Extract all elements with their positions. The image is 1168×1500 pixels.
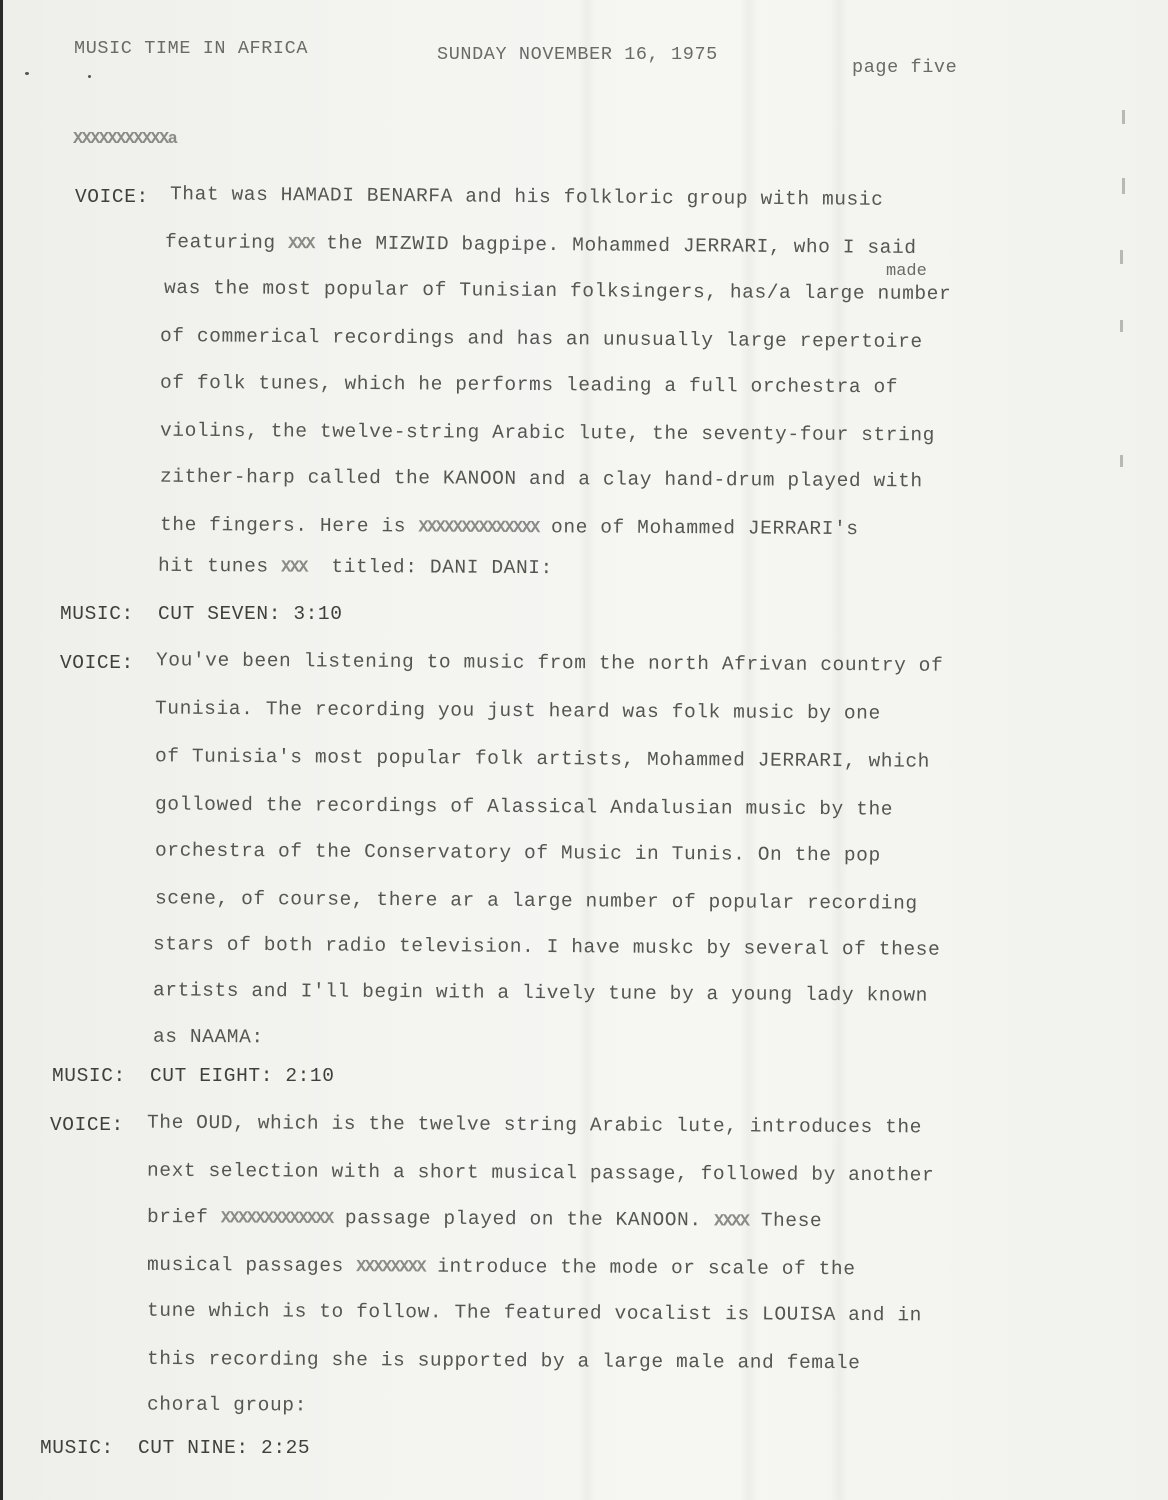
line-text: of Tunisia's most popular folk artists, … [155,745,930,772]
margin-mark [1120,455,1123,467]
line-text: brief [147,1206,221,1228]
script-line: scene, of course, there ar a large numbe… [155,887,918,914]
line-text: stars of both radio television. I have m… [153,933,940,960]
struck-text: XXXXXXXXXXXXX [221,1209,333,1229]
script-line: tune which is to follow. The featured vo… [147,1300,922,1327]
line-text: the MIZWID bagpipe. Mohammed JERRARI, wh… [314,232,917,259]
margin-mark [1122,178,1125,194]
script-line: gollowed the recordings of Alassical And… [155,793,893,820]
line-text: zither-harp called the KANOON and a clay… [160,466,923,493]
margin-mark [1122,110,1125,124]
script-line: this recording she is supported by a lar… [147,1348,861,1374]
script-line: featuring XXX the MIZWID bagpipe. Mohamm… [165,231,917,259]
line-text: as NAAMA: [153,1026,264,1049]
line-text: Tunisia. The recording you just heard wa… [155,697,881,724]
struck-text: XXXXXXXX [356,1258,425,1277]
typewritten-page: MUSIC TIME IN AFRICA SUNDAY NOVEMBER 16,… [0,0,1168,1500]
script-line: musical passages XXXXXXXX introduce the … [147,1254,856,1280]
line-text: this recording she is supported by a lar… [147,1348,861,1374]
script-line: as NAAMA: [153,1026,264,1049]
speaker-label-voice: VOICE: [60,652,134,674]
script-line: of folk tunes, which he performs leading… [160,372,898,399]
script-line: artists and I'll begin with a lively tun… [153,979,928,1006]
margin-mark [1120,250,1123,264]
line-text: of commerical recordings and has an unus… [160,325,923,353]
line-text: the fingers. Here is [160,514,418,538]
broadcast-date: SUNDAY NOVEMBER 16, 1975 [437,44,718,65]
line-text: musical passages [147,1254,356,1277]
line-text: of folk tunes, which he performs leading… [160,372,898,399]
line-text: tune which is to follow. The featured vo… [147,1300,922,1327]
line-text: orchestra of the Conservatory of Music i… [155,839,881,866]
script-line: Tunisia. The recording you just heard wa… [155,697,881,724]
speaker-label-voice: VOICE: [50,1114,124,1136]
line-text: introduce the mode or scale of the [425,1256,856,1281]
speaker-label-music: MUSIC: [40,1437,114,1459]
speaker-label-music: MUSIC: [52,1065,126,1087]
script-line: The OUD, which is the twelve string Arab… [147,1112,922,1139]
line-text: hit tunes [158,555,281,578]
script-line: You've been listening to music from the … [156,649,943,676]
script-line: stars of both radio television. I have m… [153,933,940,960]
ink-speck [25,72,29,75]
script-line: brief XXXXXXXXXXXXX passage played on th… [147,1206,822,1232]
page-number: page five [852,57,957,78]
line-text: titled: DANI DANI: [307,556,553,580]
music-cue: CUT EIGHT: 2:10 [150,1065,335,1087]
script-line: choral group: [147,1394,307,1417]
script-line: zither-harp called the KANOON and a clay… [160,466,923,493]
line-text: violins, the twelve-string Arabic lute, … [160,420,935,447]
music-cue: CUT SEVEN: 3:10 [158,603,343,625]
script-line: hit tunes XXX titled: DANI DANI: [158,555,553,579]
struck-heading: XXXXXXXXXXXa [73,130,176,149]
line-text: featuring [165,231,288,254]
music-cue: CUT NINE: 2:25 [138,1437,310,1459]
script-line: orchestra of the Conservatory of Music i… [155,839,881,866]
script-line: violins, the twelve-string Arabic lute, … [160,420,935,447]
line-text: scene, of course, there ar a large numbe… [155,887,918,914]
line-text: gollowed the recordings of Alassical And… [155,793,893,820]
script-line: of commerical recordings and has an unus… [160,325,923,353]
script-line: That was HAMADI BENARFA and his folklori… [170,183,884,211]
line-text: choral group: [147,1394,307,1417]
line-text: That was HAMADI BENARFA and his folklori… [170,183,884,211]
line-text: You've been listening to music from the … [156,649,943,676]
margin-mark [1120,320,1123,332]
script-line: of Tunisia's most popular folk artists, … [155,745,930,772]
script-line: the fingers. Here is XXXXXXXXXXXXXX one … [160,514,859,540]
line-text: passage played on the KANOON. [333,1207,714,1231]
line-text: next selection with a short musical pass… [147,1160,934,1187]
speaker-label-voice: VOICE: [75,186,149,208]
struck-text: XXXXXXXXXXXXXX [418,518,539,538]
struck-text: XXX [288,235,314,254]
struck-text: XXXX [714,1212,749,1231]
speaker-label-music: MUSIC: [60,603,134,625]
line-text: The OUD, which is the twelve string Arab… [147,1112,922,1139]
struck-text: XXX [281,559,307,578]
line-text: These [748,1210,822,1232]
line-text: one of Mohammed JERRARI's [539,516,859,540]
handwritten-insertion: made [886,262,927,281]
script-line: next selection with a short musical pass… [147,1160,934,1187]
ink-speck [88,75,91,78]
line-text: artists and I'll begin with a lively tun… [153,979,928,1006]
program-title: MUSIC TIME IN AFRICA [74,38,308,59]
page-edge [0,0,3,1500]
